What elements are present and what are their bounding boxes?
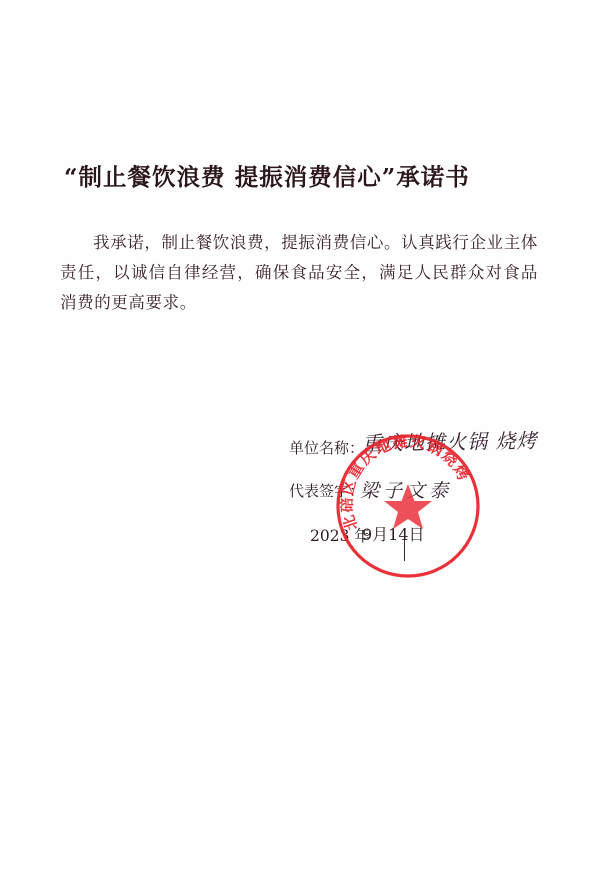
date-handwritten: 9月14日 — [362, 522, 425, 545]
pledge-body-text: 我承诺，制止餐饮浪费，提振消费信心。认真践行企业主体责任，以诚信自律经营，确保食… — [60, 228, 538, 318]
representative-signature-label: 代表签字： — [289, 480, 364, 501]
document-page: “制止餐饮浪费 提振消费信心”承诺书 我承诺，制止餐饮浪费，提振消费信心。认真践… — [0, 0, 591, 886]
pen-stroke-mark — [404, 535, 405, 561]
unit-name-handwritten: 重庆地摊火锅 烧烤 — [362, 424, 538, 456]
representative-signature-handwritten: 梁子文泰 — [360, 476, 452, 503]
date-year: 2023 年 — [310, 524, 370, 546]
unit-name-label: 单位名称： — [289, 437, 364, 458]
document-title: “制止餐饮浪费 提振消费信心”承诺书 — [64, 160, 534, 194]
